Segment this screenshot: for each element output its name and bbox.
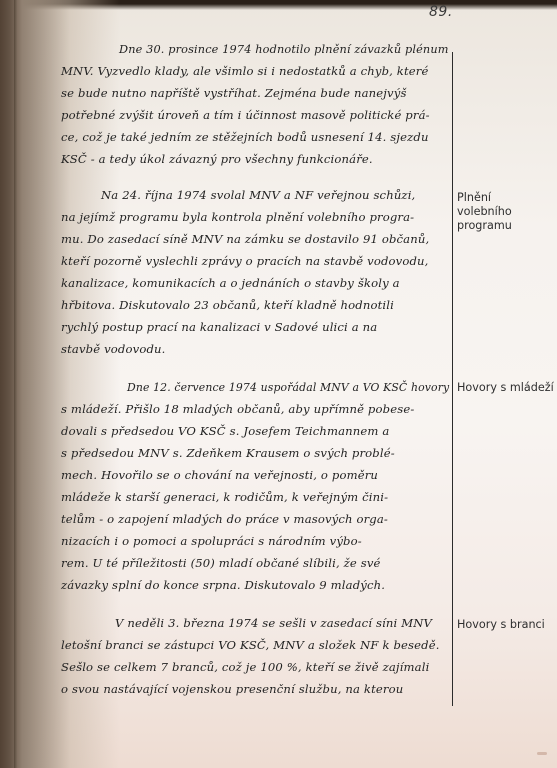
page-number: 89. [429,4,453,20]
text-line: s předsedou MNV s. Zdeňkem Krausem o svý… [61,446,395,460]
margin-note-youth-talks: Hovory s mládeží [457,381,557,395]
text-line: letošní branci se zástupci VO KSČ, MNV a… [61,638,440,652]
text-line: o svou nastávající vojenskou presenční s… [61,682,403,696]
text-line: rychlý postup prací na kanalizaci v Sado… [61,320,377,334]
text-line: kteří pozorně vyslechli zprávy o pracích… [61,254,429,268]
text-line: Dne 30. prosince 1974 hodnotilo plnění z… [119,42,449,56]
text-line: nizacích i o pomoci a spolupráci s národ… [61,534,362,548]
text-line: telům - o zapojení mladých do práce v ma… [61,512,388,526]
text-line: na jejímž programu byla kontrola plnění … [61,210,414,224]
paper-stain [537,752,547,755]
text-line: rem. U té příležitosti (50) mladí občané… [61,556,381,570]
text-line: dovali s předsedou VO KSČ s. Josefem Tei… [61,424,389,438]
margin-note-recruits-talks: Hovory s branci [457,618,557,632]
text-line: hřbitova. Diskutovalo 23 občanů, kteří k… [61,298,394,312]
binding-edge [14,0,17,768]
text-line: mu. Do zasedací síně MNV na zámku se dos… [61,232,429,246]
text-line: V neděli 3. března 1974 se sešli v zased… [115,616,432,630]
text-line: Sešlo se celkem 7 branců, což je 100 %, … [61,660,429,674]
text-line: Na 24. října 1974 svolal MNV a NF veřejn… [101,188,415,202]
text-line: ce, což je také jedním ze stěžejních bod… [61,130,429,144]
text-line: závazky splní do konce srpna. Diskutoval… [61,578,385,592]
text-line: mech. Hovořilo se o chování na veřejnost… [61,468,378,482]
text-line: s mládeží. Přišlo 18 mladých občanů, aby… [61,402,414,416]
text-line: KSČ - a tedy úkol závazný pro všechny fu… [61,152,373,166]
text-line: stavbě vodovodu. [61,342,165,356]
text-line: Dne 12. července 1974 uspořádal MNV a VO… [127,380,449,394]
notebook-page: 89. Dne 30. prosince 1974 hodnotilo plně… [0,0,557,768]
text-line: kanalizace, komunikacích a o jednáních o… [61,276,400,290]
text-line: MNV. Vyzvedlo klady, ale všimlo si i ned… [61,64,429,78]
binding-shadow [0,0,70,768]
margin-note-election-program: Plnění volebního programu [457,191,549,233]
text-line: mládeže k starší generaci, k rodičům, k … [61,490,388,504]
margin-divider-line [452,52,453,706]
text-line: potřebné zvýšit úroveň a tím i účinnost … [61,108,430,122]
text-line: se bude nutno napříště vystříhat. Zejmén… [61,86,407,100]
